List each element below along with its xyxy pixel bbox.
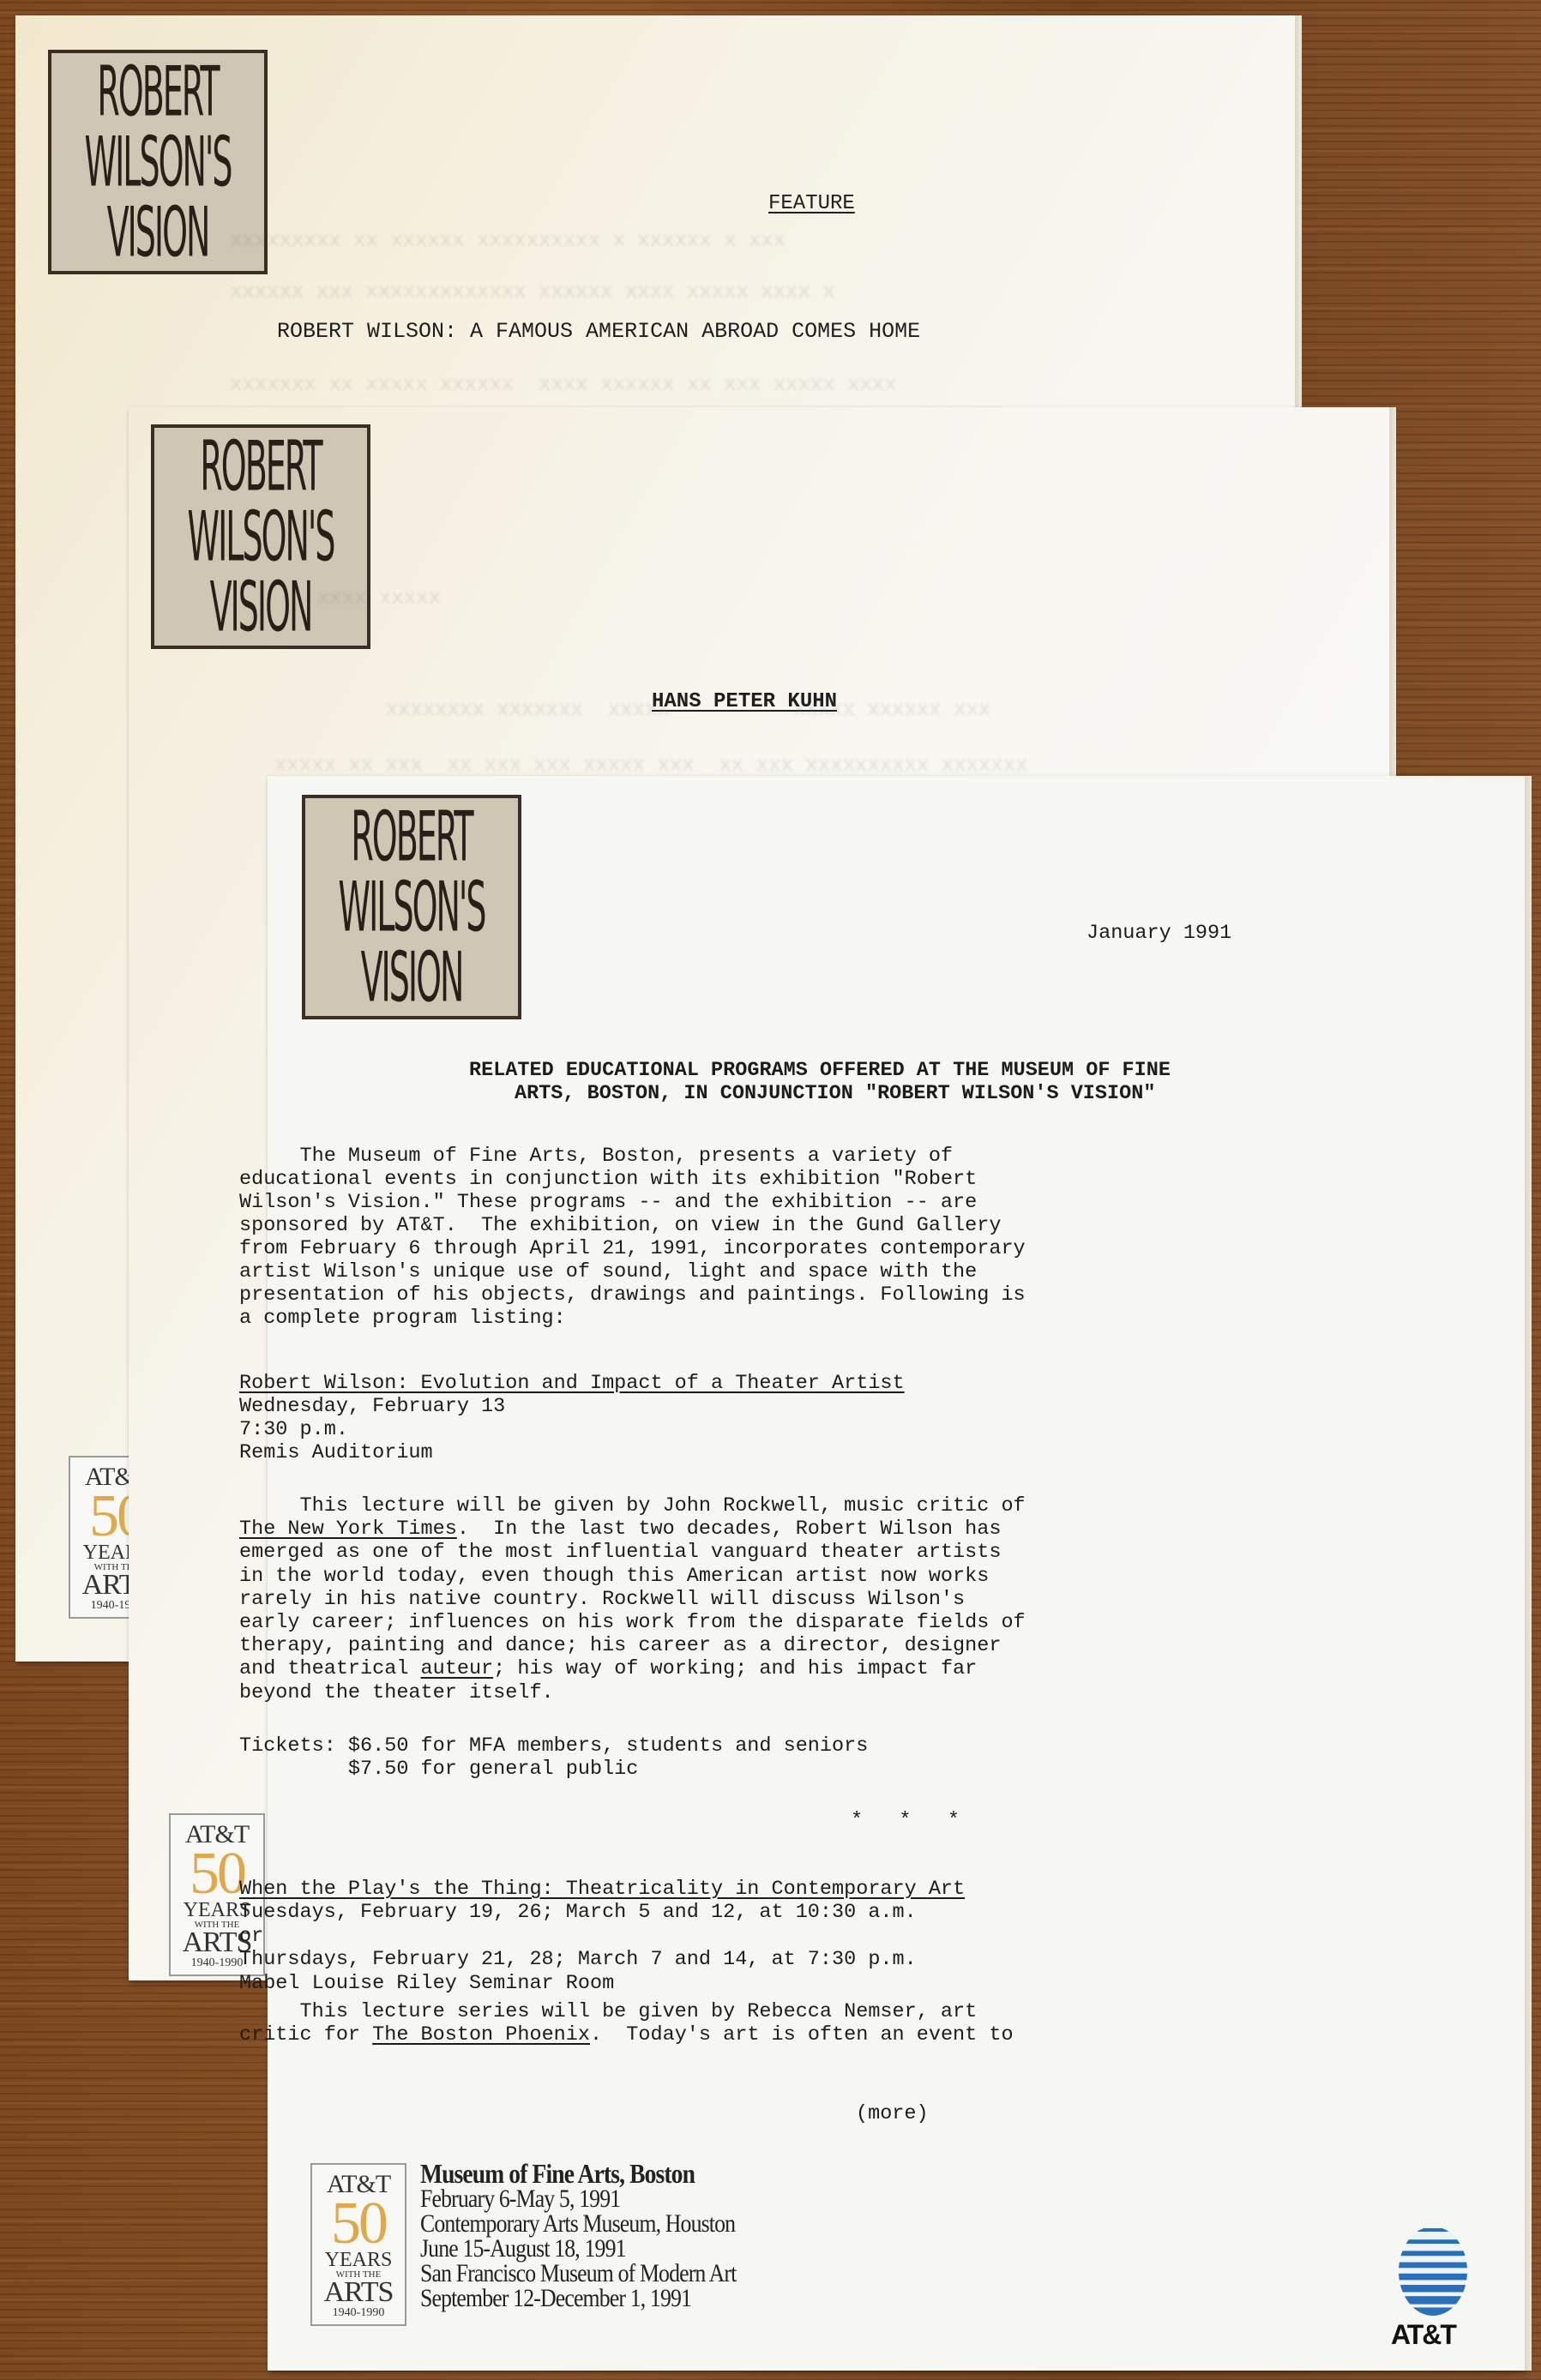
ticket-line: Tickets: $6.50 for MFA members, students… [239,1734,868,1758]
robert-wilsons-vision-logo: ROBERT WILSON'S VISION [302,795,521,1019]
logo-line: WILSON'S [85,128,232,196]
more-indicator: (more) [856,2102,929,2125]
robert-wilsons-vision-logo: ROBERT WILSON'S VISION [151,424,370,649]
program-detail: Wednesday, February 13 [239,1395,505,1418]
underlined-title: When the Play's the Thing: Theatricality… [239,1878,965,1901]
venue-name: Contemporary Arts Museum, Houston [420,2211,736,2236]
logo-line: WILSON'S [188,502,334,571]
program-description-line: This lecture series will be given by Reb… [239,2000,977,2023]
logo-line: ROBERT [97,57,218,126]
logo-line: WILSON'S [339,873,485,941]
program-detail: Thursdays, February 21, 28; March 7 and … [239,1948,917,1971]
program-description-line: critic for The Boston Phoenix. Today's a… [239,2023,1014,2046]
program-detail: or [239,1925,263,1948]
underlined-title: auteur [421,1657,494,1680]
program-title: Robert Wilson: Evolution and Impact of a… [239,1372,905,1395]
educational-programs-sheet: ROBERT WILSON'S VISION January 1991 RELA… [268,776,1525,2371]
headline-line: RELATED EDUCATIONAL PROGRAMS OFFERED AT … [469,1059,1171,1082]
att-globe-icon [1398,2225,1468,2317]
intro-line: from February 6 through April 21, 1991, … [239,1237,1026,1260]
intro-line: artist Wilson's unique use of sound, lig… [239,1260,977,1283]
program-description-line: This lecture will be given by John Rockw… [239,1494,1026,1518]
program-description-line: beyond the theater itself. [239,1681,554,1704]
intro-line: educational events in conjunction with i… [239,1168,977,1191]
tour-venues: Museum of Fine Arts, Boston February 6-M… [420,2161,787,2311]
att-50-years-logo: AT&T 50 YEARS WITH THE ARTS 1940-1990 [310,2163,406,2326]
logo-line: VISION [210,573,312,641]
program-description-line: rarely in his native country. Rockwell w… [239,1588,965,1611]
feature-title: ROBERT WILSON: A FAMOUS AMERICAN ABROAD … [277,319,920,344]
venue-name: Museum of Fine Arts, Boston [420,2161,736,2186]
section-separator: * * * [851,1809,960,1832]
feature-label: FEATURE [768,192,855,215]
program-detail: 7:30 p.m. [239,1418,348,1441]
venue-name: San Francisco Museum of Modern Art [420,2261,736,2286]
program-description-line: therapy, painting and dance; his career … [239,1634,1001,1657]
logo-line: ROBERT [351,802,472,871]
intro-line: The Museum of Fine Arts, Boston, present… [239,1145,953,1168]
program-description-line: The New York Times. In the last two deca… [239,1518,1001,1541]
program-description-line: in the world today, even though this Ame… [239,1565,989,1588]
intro-line: presentation of his objects, drawings an… [239,1283,1026,1307]
logo-line: ROBERT [200,432,321,501]
document-date: January 1991 [1087,922,1231,945]
logo-line: VISION [107,198,209,267]
underlined-title: Robert Wilson: Evolution and Impact of a… [239,1372,905,1395]
ticket-line: $7.50 for general public [239,1758,638,1781]
venue-dates: September 12-December 1, 1991 [420,2286,736,2311]
underlined-title: The New York Times [239,1518,457,1541]
program-description-line: emerged as one of the most influential v… [239,1541,1001,1564]
headline-line: ARTS, BOSTON, IN CONJUNCTION "ROBERT WIL… [515,1082,1155,1105]
program-detail: Remis Auditorium [239,1441,433,1464]
logo-line: VISION [361,943,463,1012]
program-title: When the Play's the Thing: Theatricality… [239,1878,965,1901]
intro-line: sponsored by AT&T. The exhibition, on vi… [239,1214,1001,1237]
underlined-title: The Boston Phoenix [372,2023,590,2046]
venue-dates: February 6-May 5, 1991 [420,2186,736,2211]
intro-line: Wilson's Vision." These programs -- and … [239,1191,977,1214]
program-description-line: early career; influences on his work fro… [239,1611,1026,1634]
program-detail: Mabel Louise Riley Seminar Room [239,1972,614,1995]
venue-dates: June 15-August 18, 1991 [420,2236,736,2261]
intro-line: a complete program listing: [239,1307,566,1330]
att-wordmark: AT&T [1391,2319,1455,2351]
program-detail: Tuesdays, February 19, 26; March 5 and 1… [239,1901,917,1924]
program-description-line: and theatrical auteur; his way of workin… [239,1657,977,1680]
